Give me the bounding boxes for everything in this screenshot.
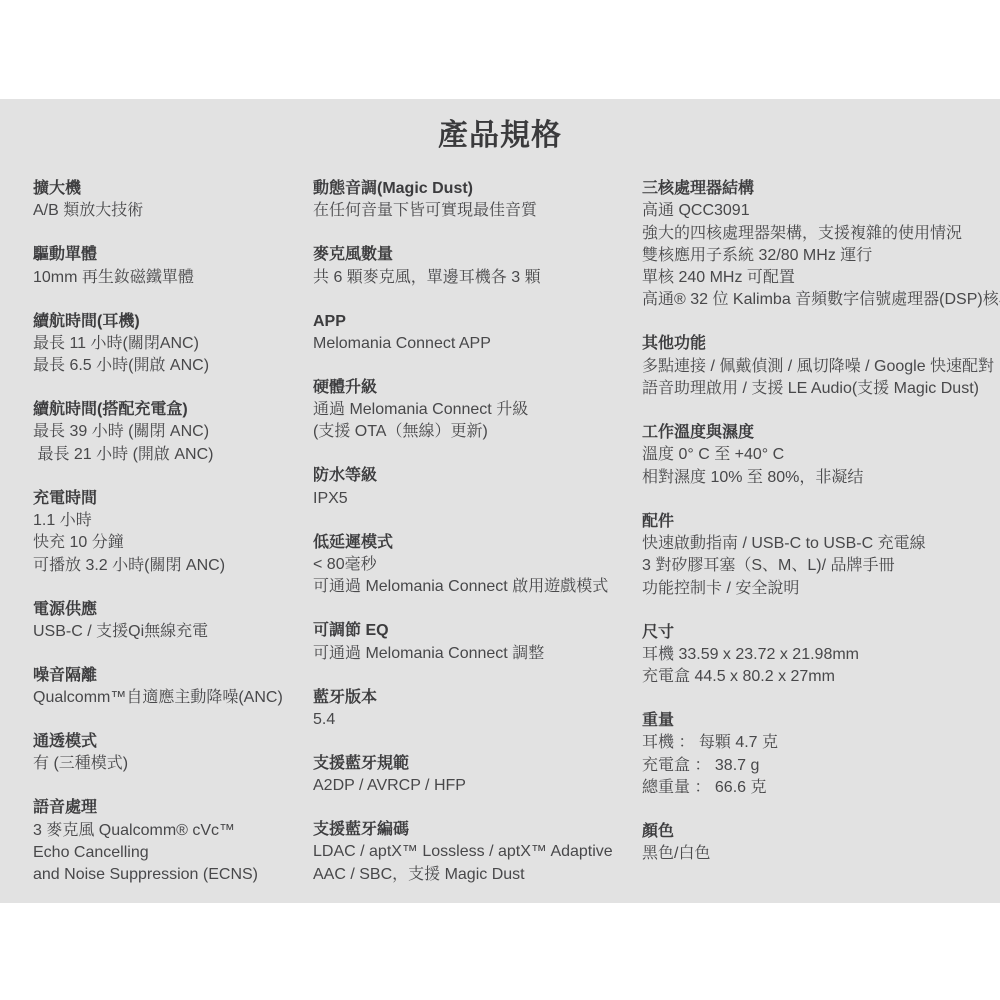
spec-section: 藍牙版本5.4 — [313, 687, 642, 732]
spec-line: A2DP / AVRCP / HFP — [313, 775, 642, 797]
spec-section: 電源供應USB-C / 支援Qi無線充電 — [33, 599, 313, 644]
spec-section: 擴大機A/B 類放大技術 — [33, 178, 313, 223]
spec-heading: 支援藍牙編碼 — [313, 819, 642, 841]
spec-heading: 藍牙版本 — [313, 687, 642, 709]
spec-line: and Noise Suppression (ECNS) — [33, 864, 313, 886]
spec-column-2: 動態音調(Magic Dust)在任何音量下皆可實現最佳音質麥克風數量共 6 顆… — [313, 178, 642, 908]
spec-section: APPMelomania Connect APP — [313, 311, 642, 356]
spec-line: 3 麥克風 Qualcomm® cVc™ — [33, 820, 313, 842]
spec-line: < 80毫秒 — [313, 554, 642, 576]
spec-heading: 充電時間 — [33, 488, 313, 510]
spec-section: 防水等級IPX5 — [313, 465, 642, 510]
spec-line: 最長 39 小時 (關閉 ANC) — [33, 421, 313, 443]
spec-heading: 續航時間(耳機) — [33, 311, 313, 333]
spec-line: LDAC / aptX™ Lossless / aptX™ Adaptive — [313, 841, 642, 863]
spec-heading: 擴大機 — [33, 178, 313, 200]
spec-line: 通過 Melomania Connect 升級 — [313, 399, 642, 421]
spec-section: 驅動單體10mm 再生釹磁鐵單體 — [33, 244, 313, 289]
spec-line: 高通 QCC3091 — [642, 200, 1000, 222]
spec-line: 5.4 — [313, 709, 642, 731]
spec-section: 其他功能多點連接 / 佩戴偵測 / 風切降噪 / Google 快速配對語音助理… — [642, 333, 1000, 400]
spec-section: 支援藍牙規範A2DP / AVRCP / HFP — [313, 753, 642, 798]
spec-line: 雙核應用子系統 32/80 MHz 運行 — [642, 245, 1000, 267]
spec-line: 1.1 小時 — [33, 510, 313, 532]
spec-section: 續航時間(搭配充電盒)最長 39 小時 (關閉 ANC) 最長 21 小時 (開… — [33, 399, 313, 466]
spec-line: 單核 240 MHz 可配置 — [642, 267, 1000, 289]
spec-line: 溫度 0° C 至 +40° C — [642, 444, 1000, 466]
spec-line: (支援 OTA（無線）更新) — [313, 421, 642, 443]
spec-section: 續航時間(耳機)最長 11 小時(關閉ANC)最長 6.5 小時(開啟 ANC) — [33, 311, 313, 378]
spec-line: 最長 6.5 小時(開啟 ANC) — [33, 355, 313, 377]
spec-section: 噪音隔離Qualcomm™自適應主動降噪(ANC) — [33, 665, 313, 710]
spec-line: Qualcomm™自適應主動降噪(ANC) — [33, 687, 313, 709]
spec-section: 重量耳機 ： 每顆 4.7 克充電盒 ： 38.7 g總重量 ： 66.6 克 — [642, 710, 1000, 799]
spec-line: 最長 21 小時 (開啟 ANC) — [33, 444, 313, 466]
spec-heading: 麥克風數量 — [313, 244, 642, 266]
product-spec-page: 產品規格 擴大機A/B 類放大技術驅動單體10mm 再生釹磁鐵單體續航時間(耳機… — [0, 0, 1000, 1000]
spec-heading: 重量 — [642, 710, 1000, 732]
spec-heading: 工作溫度與濕度 — [642, 422, 1000, 444]
spec-line: 功能控制卡 / 安全說明 — [642, 578, 1000, 600]
spec-section: 語音處理3 麥克風 Qualcomm® cVc™Echo Cancellinga… — [33, 797, 313, 886]
spec-heading: 配件 — [642, 511, 1000, 533]
spec-heading: 續航時間(搭配充電盒) — [33, 399, 313, 421]
spec-line: Echo Cancelling — [33, 842, 313, 864]
spec-line: 共 6 顆麥克風，單邊耳機各 3 顆 — [313, 267, 642, 289]
spec-line: IPX5 — [313, 488, 642, 510]
spec-section: 動態音調(Magic Dust)在任何音量下皆可實現最佳音質 — [313, 178, 642, 223]
spec-line: A/B 類放大技術 — [33, 200, 313, 222]
spec-heading: 低延遲模式 — [313, 532, 642, 554]
spec-line: 充電盒 ： 38.7 g — [642, 755, 1000, 777]
spec-heading: 通透模式 — [33, 731, 313, 753]
spec-heading: 驅動單體 — [33, 244, 313, 266]
spec-heading: 噪音隔離 — [33, 665, 313, 687]
spec-line: 快充 10 分鐘 — [33, 532, 313, 554]
spec-heading: 顏色 — [642, 821, 1000, 843]
spec-section: 麥克風數量共 6 顆麥克風，單邊耳機各 3 顆 — [313, 244, 642, 289]
spec-line: 在任何音量下皆可實現最佳音質 — [313, 200, 642, 222]
spec-column-1: 擴大機A/B 類放大技術驅動單體10mm 再生釹磁鐵單體續航時間(耳機)最長 1… — [33, 178, 313, 908]
spec-heading: 三核處理器結構 — [642, 178, 1000, 200]
spec-line: 總重量 ： 66.6 克 — [642, 777, 1000, 799]
spec-heading: 語音處理 — [33, 797, 313, 819]
spec-line: 耳機 ： 每顆 4.7 克 — [642, 732, 1000, 754]
spec-line: 語音助理啟用 / 支援 LE Audio(支援 Magic Dust) — [642, 378, 1000, 400]
spec-section: 低延遲模式< 80毫秒可通過 Melomania Connect 啟用遊戲模式 — [313, 532, 642, 599]
spec-section: 硬體升級通過 Melomania Connect 升級(支援 OTA（無線）更新… — [313, 377, 642, 444]
spec-line: 相對濕度 10% 至 80%，非凝结 — [642, 467, 1000, 489]
spec-line: 強大的四核處理器架構，支援複雜的使用情況 — [642, 223, 1000, 245]
spec-heading: 動態音調(Magic Dust) — [313, 178, 642, 200]
spec-heading: 支援藍牙規範 — [313, 753, 642, 775]
spec-line: 最長 11 小時(關閉ANC) — [33, 333, 313, 355]
spec-line: AAC / SBC，支援 Magic Dust — [313, 864, 642, 886]
spec-section: 尺寸耳機 33.59 x 23.72 x 21.98mm充電盒 44.5 x 8… — [642, 622, 1000, 689]
spec-heading: APP — [313, 311, 642, 333]
spec-line: 高通® 32 位 Kalimba 音頻數字信號處理器(DSP)核心 — [642, 289, 1000, 311]
page-title: 產品規格 — [0, 117, 1000, 155]
spec-line: 有 (三種模式) — [33, 753, 313, 775]
spec-heading: 其他功能 — [642, 333, 1000, 355]
spec-line: 快速啟動指南 / USB-C to USB-C 充電線 — [642, 533, 1000, 555]
spec-line: 可通過 Melomania Connect 啟用遊戲模式 — [313, 576, 642, 598]
spec-line: 可通過 Melomania Connect 調整 — [313, 643, 642, 665]
spec-line: 10mm 再生釹磁鐵單體 — [33, 267, 313, 289]
spec-line: 黑色/白色 — [642, 843, 1000, 865]
spec-section: 顏色黑色/白色 — [642, 821, 1000, 866]
spec-section: 三核處理器結構高通 QCC3091強大的四核處理器架構，支援複雜的使用情況雙核應… — [642, 178, 1000, 312]
spec-heading: 電源供應 — [33, 599, 313, 621]
spec-line: 可播放 3.2 小時(關閉 ANC) — [33, 555, 313, 577]
spec-heading: 硬體升級 — [313, 377, 642, 399]
spec-line: 3 對矽膠耳塞（S、M、L)/ 品牌手冊 — [642, 555, 1000, 577]
spec-line: 多點連接 / 佩戴偵測 / 風切降噪 / Google 快速配對 — [642, 356, 1000, 378]
spec-line: Melomania Connect APP — [313, 333, 642, 355]
spec-section: 通透模式有 (三種模式) — [33, 731, 313, 776]
spec-line: USB-C / 支援Qi無線充電 — [33, 621, 313, 643]
spec-section: 充電時間1.1 小時快充 10 分鐘可播放 3.2 小時(關閉 ANC) — [33, 488, 313, 577]
spec-section: 可調節 EQ可通過 Melomania Connect 調整 — [313, 620, 642, 665]
spec-heading: 可調節 EQ — [313, 620, 642, 642]
spec-column-3: 三核處理器結構高通 QCC3091強大的四核處理器架構，支援複雜的使用情況雙核應… — [642, 178, 1000, 887]
spec-line: 充電盒 44.5 x 80.2 x 27mm — [642, 666, 1000, 688]
spec-heading: 防水等級 — [313, 465, 642, 487]
spec-line: 耳機 33.59 x 23.72 x 21.98mm — [642, 644, 1000, 666]
spec-section: 工作溫度與濕度溫度 0° C 至 +40° C相對濕度 10% 至 80%，非凝… — [642, 422, 1000, 489]
spec-section: 配件快速啟動指南 / USB-C to USB-C 充電線3 對矽膠耳塞（S、M… — [642, 511, 1000, 600]
spec-section: 支援藍牙編碼LDAC / aptX™ Lossless / aptX™ Adap… — [313, 819, 642, 886]
spec-heading: 尺寸 — [642, 622, 1000, 644]
